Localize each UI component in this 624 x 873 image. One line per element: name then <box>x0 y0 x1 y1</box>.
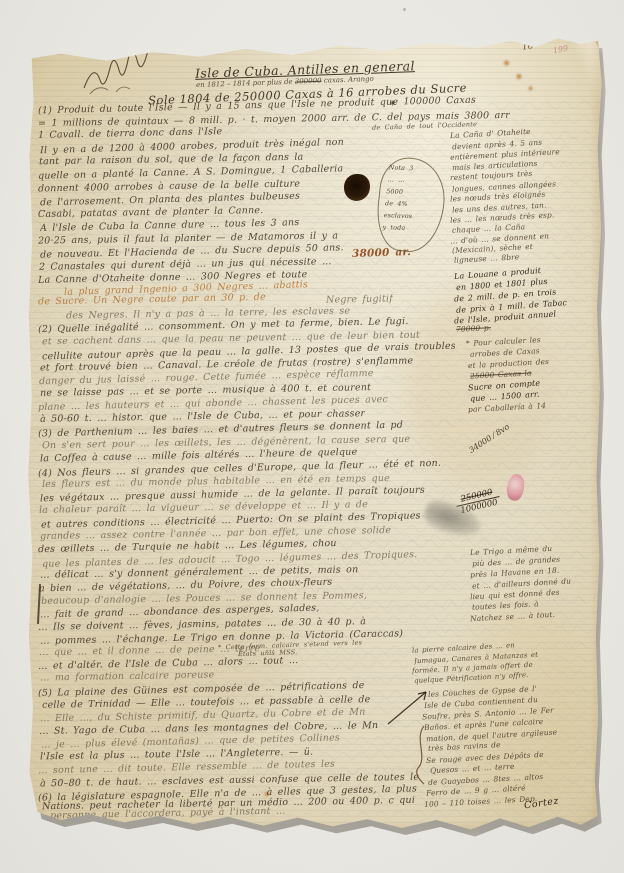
foxing-spot <box>516 73 522 80</box>
foxing-spot <box>503 60 510 66</box>
manuscript-sheet: 16 199 Isle de Cuba. Antilles en general… <box>26 36 604 836</box>
arrow-annotation <box>384 684 436 728</box>
manuscript-line: Negre fugitif <box>326 293 393 305</box>
inline-note-line: États unis MSS. <box>238 647 298 660</box>
brace-annotation <box>412 724 430 786</box>
struck-number: 300000 <box>295 77 322 86</box>
dust-speck <box>403 8 406 11</box>
margin-note-line: 70000 p. <box>456 322 492 335</box>
folio-number: 16 <box>522 41 534 52</box>
nota-line: y toda <box>382 222 438 236</box>
foxing-spot <box>528 86 533 91</box>
photograph-of-manuscript: 16 199 Isle de Cuba. Antilles en general… <box>0 0 624 873</box>
nota-lines: Nota 3… …5000de 4%esclavosy toda <box>382 161 445 238</box>
